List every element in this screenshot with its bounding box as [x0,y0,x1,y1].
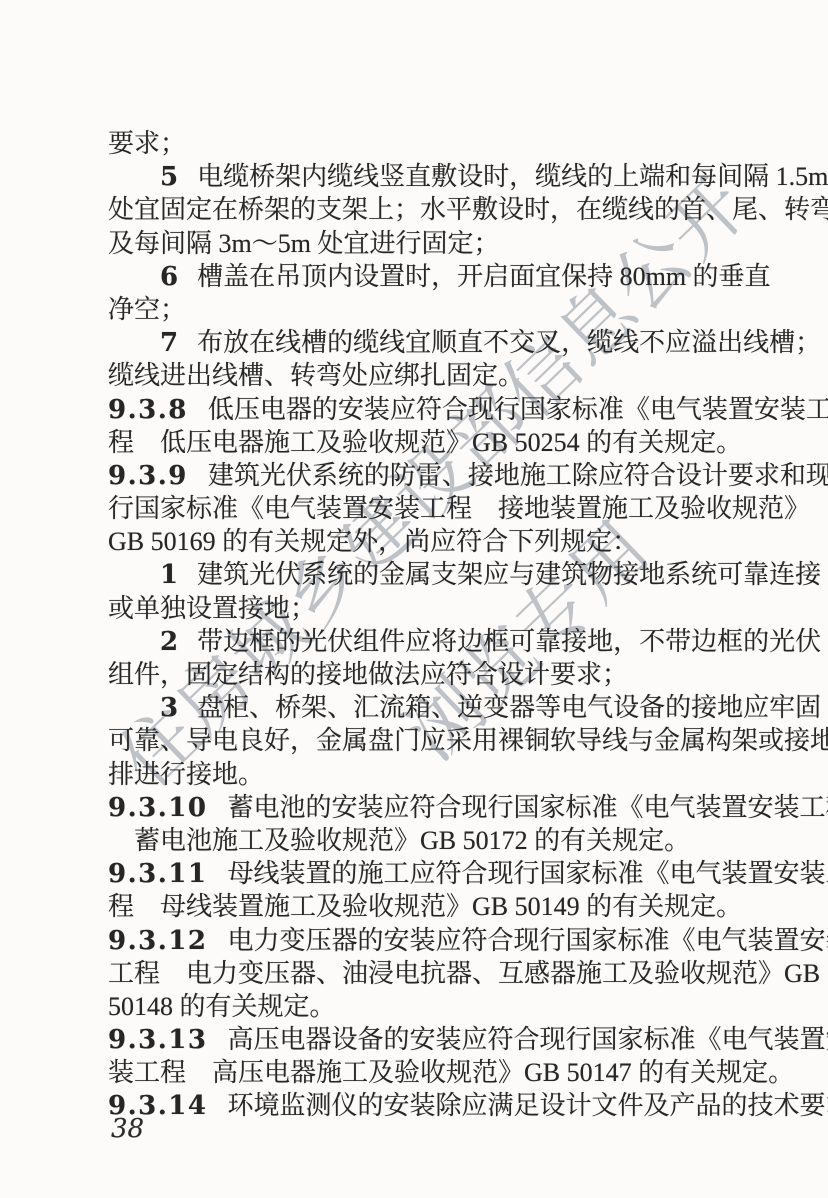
text-line: 装工程 高压电器施工及验收规范》GB 50147 的有关规定。 [108,1056,748,1089]
document-page: 住房城乡建设部信息公开 浏览专用 要求；5电缆桥架内缆线竖直敷设时，缆线的上端和… [0,0,828,1198]
page-number: 38 [111,1114,144,1144]
line-text: 盘柜、桥架、汇流箱、逆变器等电气设备的接地应牢固 [197,693,821,722]
line-text: 可靠、导电良好，金属盘门应采用裸铜软导线与金属构架或接地 [108,726,828,755]
clause-number: 9.3.10 [108,793,207,823]
clause-number: 9.3.12 [108,926,207,956]
text-line: 可靠、导电良好，金属盘门应采用裸铜软导线与金属构架或接地 [108,724,748,757]
clause-number: 9.3.11 [108,859,207,889]
line-text: 组件，固定结构的接地做法应符合设计要求； [108,660,628,689]
text-line: 或单独设置接地； [108,592,748,625]
line-text: 程 母线装置施工及验收规范》GB 50149 的有关规定。 [108,892,742,921]
line-text: 装工程 高压电器施工及验收规范》GB 50147 的有关规定。 [108,1058,794,1087]
item-number: 2 [160,627,178,657]
item-number: 1 [160,560,178,590]
text-line: 9.3.14环境监测仪的安装除应满足设计文件及产品的技术要求 [108,1089,748,1122]
line-text: 高压电器设备的安装应符合现行国家标准《电气装置安 [227,1025,828,1054]
line-text: 电力变压器的安装应符合现行国家标准《电气装置安装 [227,926,828,955]
line-text: 建筑光伏系统的金属支架应与建筑物接地系统可靠连接 [197,560,821,589]
line-text: 蓄电池的安装应符合现行国家标准《电气装置安装工程 [227,793,828,822]
text-line: GB 50169 的有关规定外，尚应符合下列规定： [108,525,748,558]
line-text: 带边框的光伏组件应将边框可靠接地，不带边框的光伏 [197,627,821,656]
text-line: 9.3.12电力变压器的安装应符合现行国家标准《电气装置安装 [108,924,748,957]
line-text: 处宜固定在桥架的支架上；水平敷设时，在缆线的首、尾、转弯 [108,195,828,224]
clause-number: 9.3.9 [108,461,188,491]
text-line: 要求； [108,127,748,160]
text-line: 9.3.10蓄电池的安装应符合现行国家标准《电气装置安装工程 [108,791,748,824]
line-text: 环境监测仪的安装除应满足设计文件及产品的技术要求 [227,1091,828,1120]
text-line: 程 低压电器施工及验收规范》GB 50254 的有关规定。 [108,426,748,459]
line-text: 母线装置的施工应符合现行国家标准《电气装置安装工 [227,859,828,888]
line-text: 槽盖在吊顶内设置时，开启面宜保持 80mm 的垂直 [197,262,770,291]
text-line: 2带边框的光伏组件应将边框可靠接地，不带边框的光伏 [108,625,748,658]
line-text: 50148 的有关规定。 [108,992,336,1021]
line-text: 及每间隔 3m～5m 处宜进行固定； [108,229,499,258]
text-line: 9.3.8低压电器的安装应符合现行国家标准《电气装置安装工 [108,393,748,426]
line-text: 低压电器的安装应符合现行国家标准《电气装置安装工 [208,395,828,424]
text-line: 5电缆桥架内缆线竖直敷设时，缆线的上端和每间隔 1.5m [108,160,748,193]
text-line: 3盘柜、桥架、汇流箱、逆变器等电气设备的接地应牢固 [108,691,748,724]
line-text: 蓄电池施工及验收规范》GB 50172 的有关规定。 [134,826,690,855]
item-number: 7 [160,328,178,358]
item-number: 3 [160,693,178,723]
line-text: 或单独设置接地； [108,594,316,623]
line-text: 工程 电力变压器、油浸电抗器、互感器施工及验收规范》GB [108,959,820,988]
clause-number: 9.3.13 [108,1025,207,1055]
line-text: 缆线进出线槽、转弯处应绑扎固定。 [108,361,524,390]
text-line: 6槽盖在吊顶内设置时，开启面宜保持 80mm 的垂直 [108,260,748,293]
page-content: 要求；5电缆桥架内缆线竖直敷设时，缆线的上端和每间隔 1.5m处宜固定在桥架的支… [0,0,828,1123]
line-text: 净空； [108,295,186,324]
text-line: 缆线进出线槽、转弯处应绑扎固定。 [108,359,748,392]
text-line: 9.3.11母线装置的施工应符合现行国家标准《电气装置安装工 [108,857,748,890]
text-line: 及每间隔 3m～5m 处宜进行固定； [108,227,748,260]
text-line: 组件，固定结构的接地做法应符合设计要求； [108,658,748,691]
line-text: 排进行接地。 [108,760,264,789]
text-line: 行国家标准《电气装置安装工程 接地装置施工及验收规范》 [108,492,748,525]
text-line: 9.3.13高压电器设备的安装应符合现行国家标准《电气装置安 [108,1023,748,1056]
line-text: 建筑光伏系统的防雷、接地施工除应符合设计要求和现 [208,461,828,490]
line-text: 行国家标准《电气装置安装工程 接地装置施工及验收规范》 [108,494,810,523]
clause-number: 9.3.8 [108,395,188,425]
text-line: 排进行接地。 [108,758,748,791]
text-line: 处宜固定在桥架的支架上；水平敷设时，在缆线的首、尾、转弯 [108,193,748,226]
text-line: 净空； [108,293,748,326]
line-text: GB 50169 的有关规定外，尚应符合下列规定： [108,527,638,556]
line-text: 要求； [108,129,186,158]
text-line: 50148 的有关规定。 [108,990,748,1023]
text-line: 7布放在线槽的缆线宜顺直不交叉，缆线不应溢出线槽； [108,326,748,359]
text-line: 程 母线装置施工及验收规范》GB 50149 的有关规定。 [108,890,748,923]
item-number: 6 [160,262,178,292]
text-line: 工程 电力变压器、油浸电抗器、互感器施工及验收规范》GB [108,957,748,990]
text-line: 蓄电池施工及验收规范》GB 50172 的有关规定。 [108,824,748,857]
line-text: 电缆桥架内缆线竖直敷设时，缆线的上端和每间隔 1.5m [197,162,828,191]
line-text: 程 低压电器施工及验收规范》GB 50254 的有关规定。 [108,428,742,457]
text-line: 1建筑光伏系统的金属支架应与建筑物接地系统可靠连接 [108,558,748,591]
line-text: 布放在线槽的缆线宜顺直不交叉，缆线不应溢出线槽； [197,328,821,357]
text-line: 9.3.9建筑光伏系统的防雷、接地施工除应符合设计要求和现 [108,459,748,492]
item-number: 5 [160,162,178,192]
